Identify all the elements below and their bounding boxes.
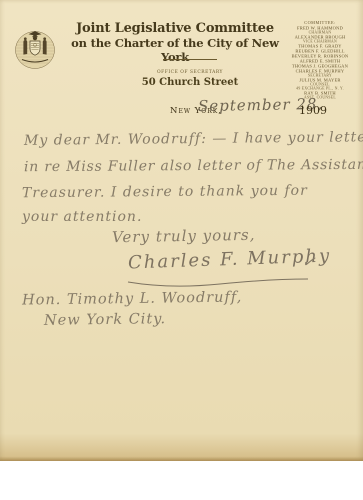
body-line-3: Treasurer. I desire to thank you for [22,183,308,201]
committee-roster: COMMITTEE: FRED W. HAMMOND CHAIRMAN ALEX… [285,20,355,100]
body-line-1: My dear Mr. Woodruff: — I have your lett… [24,129,363,149]
office-block: OFFICE OF SECRETARY 50 Church Street [115,59,265,88]
letter-paper: Joint Legislative Committee on the Chart… [0,0,363,461]
printed-year: 1909 [299,104,327,117]
recipient-city: New York City. [44,311,166,329]
office-of-secretary-label: OFFICE OF SECRETARY [157,69,223,74]
recipient-name: Hon. Timothy L. Woodruff, [22,289,242,308]
street-address: 50 Church Street [115,77,265,88]
divider-rule [163,59,217,60]
body-line-2: in re Miss Fuller also letter of The Ass… [24,157,363,175]
closing-line: Very truly yours, [112,226,256,247]
scanned-letter: Joint Legislative Committee on the Chart… [0,0,363,500]
ny-coat-of-arms-seal-icon [13,26,57,70]
signature-flourish [126,272,311,286]
check-mark: ✓ [301,251,317,272]
committee-title-line1: Joint Legislative Committee [60,21,290,36]
letterhead-title: Joint Legislative Committee on the Chart… [60,21,290,64]
body-line-4: your attention. [22,209,142,225]
